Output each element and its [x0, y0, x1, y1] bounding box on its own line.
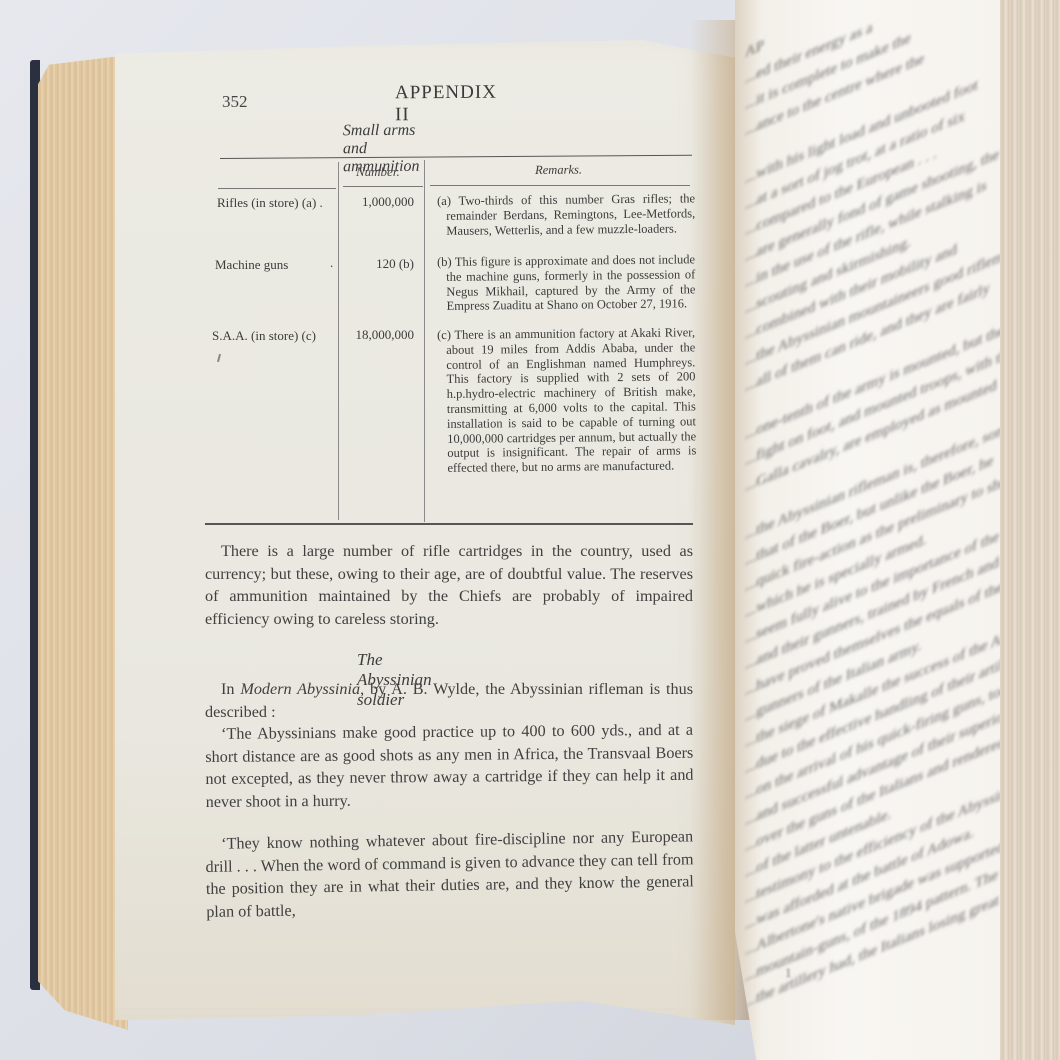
- right-page: AP ...ed their energy as a ...it is comp…: [735, 0, 1000, 1060]
- quote-text: ‘They know nothing whatever about fire-d…: [205, 825, 694, 923]
- leader-dot: .: [330, 255, 333, 271]
- remark-text: (c) There is an ammunition factory at Ak…: [437, 325, 697, 476]
- facing-page-marker: 1: [785, 965, 792, 981]
- remark-a: (a) Two-thirds of this number Gras rifle…: [437, 191, 695, 238]
- paragraph-text: In Modern Abyssinia, by A. B. Wylde, the…: [205, 678, 693, 723]
- table-header-rule: [430, 185, 690, 186]
- row-value-machine-guns: 120 (b): [336, 256, 414, 272]
- remark-c: (c) There is an ammunition factory at Ak…: [437, 325, 697, 476]
- table-column-divider: [424, 160, 425, 522]
- row-label-saa: S.A.A. (in store) (c): [212, 328, 316, 344]
- page-number: 352: [222, 92, 248, 112]
- quote-marksmanship: ‘The Abyssinians make good practice up t…: [205, 719, 694, 813]
- paragraph-cartridges: There is a large number of rifle cartrid…: [205, 540, 693, 630]
- table-header-rule: [343, 186, 423, 187]
- paragraph-text: There is a large number of rifle cartrid…: [205, 540, 693, 630]
- remark-text: (b) This figure is approximate and does …: [437, 252, 696, 314]
- book-title: Modern Abyssinia: [240, 680, 360, 698]
- row-label-machine-guns: Machine guns: [215, 257, 288, 273]
- column-header-remarks: Remarks.: [535, 160, 793, 177]
- paragraph-wylde: In Modern Abyssinia, by A. B. Wylde, the…: [205, 678, 693, 723]
- table-header-rule: [218, 188, 336, 189]
- table-bottom-rule: [205, 523, 693, 525]
- facing-page-text: AP ...ed their energy as a ...it is comp…: [745, 0, 995, 1016]
- column-header-number: Number.: [356, 164, 400, 180]
- quote-discipline: ‘They know nothing whatever about fire-d…: [205, 825, 694, 923]
- right-page-block-edges: [1000, 0, 1060, 1060]
- running-head: APPENDIX II: [395, 82, 497, 127]
- page-block-edges: [38, 55, 128, 1030]
- row-value-saa: 18,000,000: [336, 327, 414, 343]
- remark-text: (a) Two-thirds of this number Gras rifle…: [437, 191, 695, 238]
- quote-text: ‘The Abyssinians make good practice up t…: [205, 719, 694, 813]
- remark-b: (b) This figure is approximate and does …: [437, 252, 696, 314]
- row-label-rifles: Rifles (in store) (a) .: [217, 195, 323, 211]
- row-value-rifles: 1,000,000: [336, 194, 414, 210]
